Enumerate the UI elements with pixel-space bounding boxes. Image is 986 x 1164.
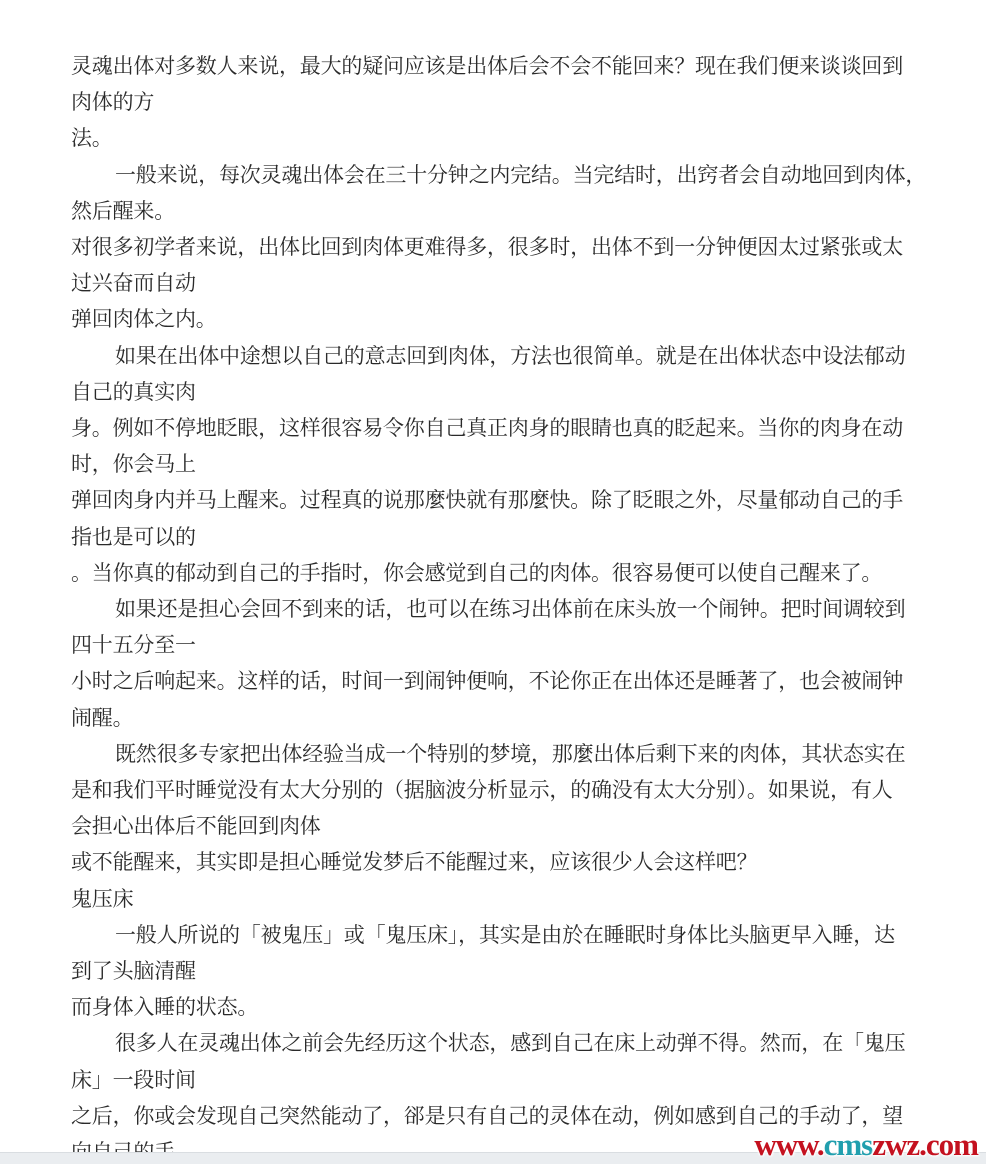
document-text: 灵魂出体对多数人来说，最大的疑问应该是出体后会不会不能回来？现在我们便来谈谈回到… — [71, 48, 916, 1164]
text-line: 既然很多专家把出体经验当成一个特别的梦境，那麼出体后剩下来的肉体，其状态实在 — [71, 736, 916, 772]
text-line: 肉体的方 — [71, 84, 916, 120]
text-line: 时，你会马上 — [71, 446, 916, 482]
watermark-segment: www. — [754, 1127, 823, 1162]
text-line: 灵魂出体对多数人来说，最大的疑问应该是出体后会不会不能回来？现在我们便来谈谈回到 — [71, 48, 916, 84]
watermark-segment: cms — [824, 1127, 873, 1162]
text-line: 过兴奋而自动 — [71, 265, 916, 301]
document-page: 灵魂出体对多数人来说，最大的疑问应该是出体后会不会不能回来？现在我们便来谈谈回到… — [0, 0, 986, 1164]
text-line: 床」一段时间 — [71, 1062, 916, 1098]
text-line: 到了头脑清醒 — [71, 953, 916, 989]
text-line: 法。 — [71, 120, 916, 156]
text-line: 如果在出体中途想以自己的意志回到肉体，方法也很简单。就是在出体状态中设法郁动 — [71, 338, 916, 374]
text-line: 很多人在灵魂出体之前会先经历这个状态，感到自己在床上动弹不得。然而，在「鬼压 — [71, 1025, 916, 1061]
text-line: 是和我们平时睡觉没有太大分别的（据脑波分析显示，的确没有太大分别）。如果说，有人 — [71, 772, 916, 808]
text-line: 然后醒来。 — [71, 193, 916, 229]
text-line: 指也是可以的 — [71, 519, 916, 555]
text-line: 一般来说，每次灵魂出体会在三十分钟之内完结。当完结时，出窍者会自动地回到肉体， — [71, 157, 916, 193]
text-line: 会担心出体后不能回到肉体 — [71, 808, 916, 844]
text-line: 一般人所说的「被鬼压」或「鬼压床」，其实是由於在睡眠时身体比头脑更早入睡，达 — [71, 917, 916, 953]
text-line: 弹回肉身内并马上醒来。过程真的说那麼快就有那麼快。除了眨眼之外，尽量郁动自己的手 — [71, 482, 916, 518]
text-line: 弹回肉体之内。 — [71, 301, 916, 337]
watermark-segment: zwz.com — [872, 1127, 978, 1162]
text-line: 鬼压床 — [71, 881, 916, 917]
text-line: 如果还是担心会回不到来的话，也可以在练习出体前在床头放一个闹钟。把时间调较到 — [71, 591, 916, 627]
text-line: 小时之后响起来。这样的话，时间一到闹钟便响，不论你正在出体还是睡著了，也会被闹钟 — [71, 663, 916, 699]
text-line: 身。例如不停地眨眼，这样很容易令你自己真正肉身的眼睛也真的眨起来。当你的肉身在动 — [71, 410, 916, 446]
text-line: 自己的真实肉 — [71, 374, 916, 410]
text-line: 对很多初学者来说，出体比回到肉体更难得多，很多时，出体不到一分钟便因太过紧张或太 — [71, 229, 916, 265]
text-line: 而身体入睡的状态。 — [71, 989, 916, 1025]
watermark: www.cmszwz.com — [754, 1127, 978, 1163]
text-line: 。当你真的郁动到自己的手指时，你会感觉到自己的肉体。很容易便可以使自己醒来了。 — [71, 555, 916, 591]
text-line: 闹醒。 — [71, 700, 916, 736]
text-line: 或不能醒来，其实即是担心睡觉发梦后不能醒过来，应该很少人会这样吧？ — [71, 844, 916, 880]
text-line: 四十五分至一 — [71, 627, 916, 663]
